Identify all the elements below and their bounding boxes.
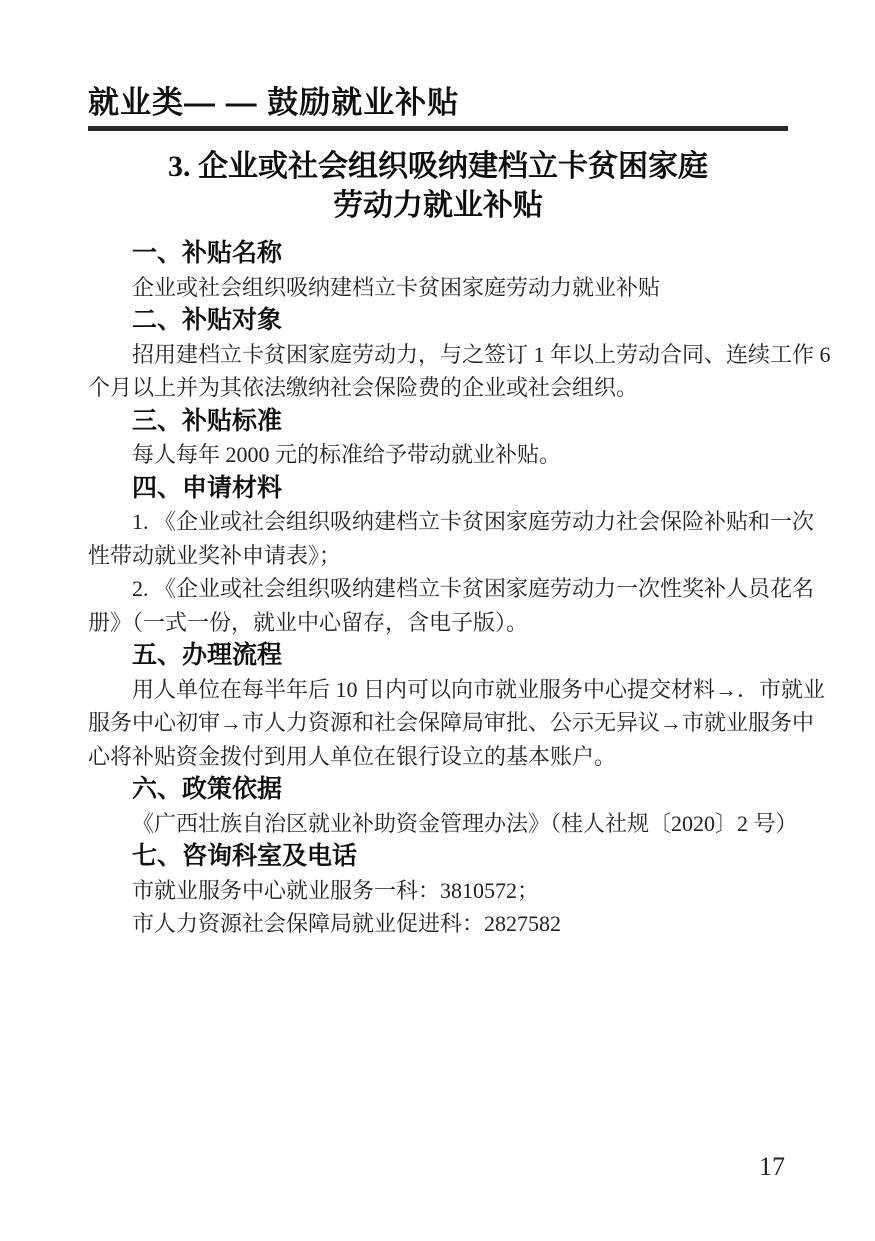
document-body: 一、补贴名称 企业或社会组织吸纳建档立卡贫困家庭劳动力就业补贴 二、补贴对象 招… [88,237,788,941]
paragraph-line: 1. 《企业或社会组织吸纳建档立卡贫困家庭劳动力社会保险补贴和一次 [88,505,788,539]
section-heading: 一、补贴名称 [88,237,788,271]
paragraph-line: 市人力资源社会保障局就业促进科：2827582 [88,907,788,941]
section-heading: 六、政策依据 [88,773,788,807]
section-policy-basis: 六、政策依据 《广西壮族自治区就业补助资金管理办法》（桂人社规〔2020〕2 号… [88,773,788,840]
paragraph-line: 心将补贴资金拨付到用人单位在银行设立的基本账户。 [88,740,788,774]
paragraph-line: 册》（一式一份，就业中心留存，含电子版）。 [88,606,788,640]
paragraph-line: 招用建档立卡贫困家庭劳动力，与之签订 1 年以上劳动合同、连续工作 6 [88,338,788,372]
header-category-title: 就业类— — 鼓励就业补贴 [88,84,808,122]
document-title-line-2: 劳动力就业补贴 [88,186,788,225]
section-heading: 三、补贴标准 [88,405,788,439]
paragraph-line: 用人单位在每半年后 10 日内可以向市就业服务中心提交材料→．市就业 [88,673,788,707]
section-heading: 五、办理流程 [88,639,788,673]
paragraph-line: 服务中心初审→市人力资源和社会保障局审批、公示无异议→市就业服务中 [88,706,788,740]
paragraph-line: 《广西壮族自治区就业补助资金管理办法》（桂人社规〔2020〕2 号） [88,807,788,841]
header-rule-divider [88,126,788,131]
paragraph-line: 2. 《企业或社会组织吸纳建档立卡贫困家庭劳动力一次性奖补人员花名 [88,572,788,606]
section-heading: 二、补贴对象 [88,304,788,338]
document-title: 3. 企业或社会组织吸纳建档立卡贫困家庭 劳动力就业补贴 [88,147,788,225]
section-subsidy-standard: 三、补贴标准 每人每年 2000 元的标准给予带动就业补贴。 [88,405,788,472]
section-processing-flow: 五、办理流程 用人单位在每半年后 10 日内可以向市就业服务中心提交材料→．市就… [88,639,788,773]
paragraph-line: 市就业服务中心就业服务一科：3810572； [88,874,788,908]
section-subsidy-target: 二、补贴对象 招用建档立卡贫困家庭劳动力，与之签订 1 年以上劳动合同、连续工作… [88,304,788,405]
paragraph-line: 个月以上并为其依法缴纳社会保险费的企业或社会组织。 [88,371,788,405]
paragraph-line: 性带动就业奖补申请表》； [88,539,788,573]
document-title-line-1: 3. 企业或社会组织吸纳建档立卡贫困家庭 [88,147,788,186]
paragraph-line: 每人每年 2000 元的标准给予带动就业补贴。 [88,438,788,472]
section-heading: 七、咨询科室及电话 [88,840,788,874]
page-number: 17 [746,1152,798,1182]
paragraph-line: 企业或社会组织吸纳建档立卡贫困家庭劳动力就业补贴 [88,271,788,305]
section-heading: 四、申请材料 [88,472,788,506]
document-page: 就业类— — 鼓励就业补贴 3. 企业或社会组织吸纳建档立卡贫困家庭 劳动力就业… [0,0,875,1241]
section-application-materials: 四、申请材料 1. 《企业或社会组织吸纳建档立卡贫困家庭劳动力社会保险补贴和一次… [88,472,788,640]
section-contact-info: 七、咨询科室及电话 市就业服务中心就业服务一科：3810572； 市人力资源社会… [88,840,788,941]
section-subsidy-name: 一、补贴名称 企业或社会组织吸纳建档立卡贫困家庭劳动力就业补贴 [88,237,788,304]
